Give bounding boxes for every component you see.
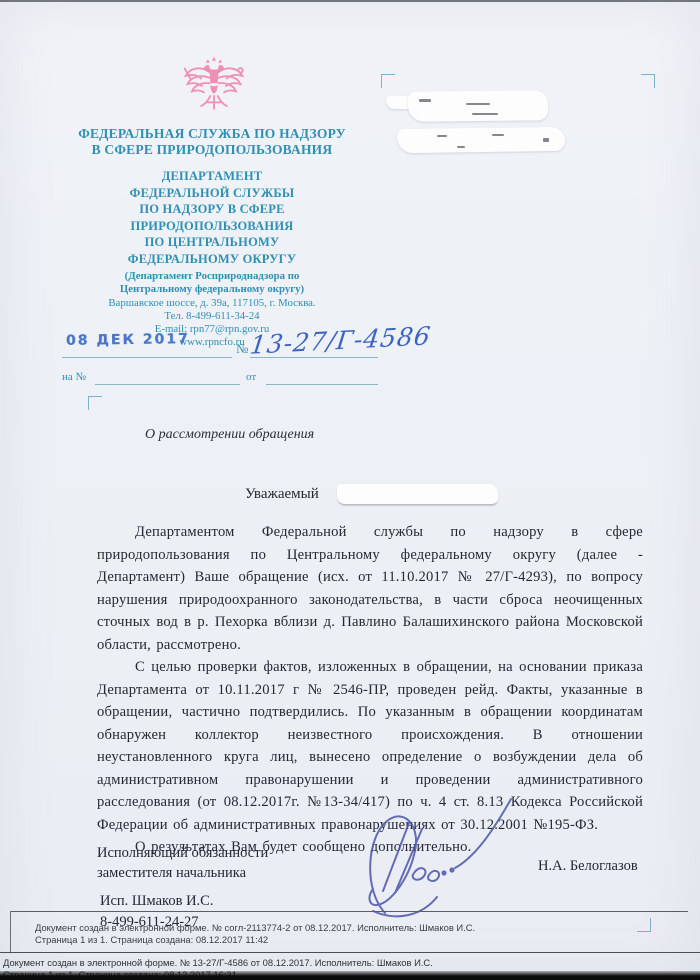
department-name-line: ФЕДЕРАЛЬНОМУ ОКРУГУ: [62, 251, 362, 268]
number-sign-label: №: [236, 341, 248, 357]
signer-position-line: заместителя начальника: [97, 863, 268, 883]
department-alt-line: Центральному федеральному округу): [62, 283, 362, 296]
scan-top-edge: [0, 0, 700, 2]
redaction-residue: [472, 113, 498, 115]
phone-number: Тел. 8-499-611-34-24: [62, 310, 362, 323]
footer-outer-line1: Документ создан в электронной форме. № 1…: [3, 957, 433, 968]
subject-line: О рассмотрении обращения: [145, 427, 314, 443]
signer-position-line: Исполняющий обязанности: [97, 843, 268, 863]
corner-mark-top-right: [641, 74, 655, 88]
footer-inner-line2: Страница 1 из 1. Страница создана: 08.12…: [35, 934, 268, 945]
handwritten-signature: [325, 793, 520, 925]
incoming-date-underline: [266, 383, 378, 385]
salutation: Уважаемый: [245, 486, 319, 503]
department-alt-name: (Департамент Росприроднадзора по Централ…: [62, 270, 362, 296]
corner-mark-top-left: [381, 74, 395, 88]
redaction-residue: [457, 146, 465, 148]
redaction-residue: [419, 99, 431, 102]
agency-name: ФЕДЕРАЛЬНАЯ СЛУЖБА ПО НАДЗОРУ В СФЕРЕ ПР…: [62, 126, 362, 157]
scan-black-bar: [0, 971, 700, 980]
department-name-line: ПО НАДЗОРУ В СФЕРЕ: [62, 201, 362, 218]
department-alt-line: (Департамент Росприроднадзора по: [62, 270, 362, 283]
redacted-addressee-name: [337, 484, 498, 505]
department-name-line: ФЕДЕРАЛЬНОЙ СЛУЖБЫ: [62, 185, 362, 202]
corner-mark-bottom-right: [637, 918, 651, 932]
footer-top-rule: [10, 911, 688, 912]
footer-inner-line1: Документ создан в электронной форме. № с…: [35, 922, 475, 933]
scanned-letter: ФЕДЕРАЛЬНАЯ СЛУЖБА ПО НАДЗОРУ В СФЕРЕ ПР…: [0, 0, 700, 980]
footer-left-rule: [10, 911, 11, 952]
date-underline: [62, 356, 232, 358]
department-name-line: ДЕПАРТАМЕНТ: [62, 168, 362, 185]
department-name-line: ПО ЦЕНТРАЛЬНОМУ: [62, 234, 362, 251]
department-name-line: ПРИРОДОПОЛЬЗОВАНИЯ: [62, 218, 362, 235]
incoming-date-label: от: [246, 371, 256, 383]
redaction-residue: [466, 103, 490, 105]
body-paragraph: Департаментом Федеральной службы по надз…: [97, 521, 643, 656]
agency-name-line: ФЕДЕРАЛЬНАЯ СЛУЖБА ПО НАДЗОРУ: [62, 126, 362, 142]
department-name: ДЕПАРТАМЕНТ ФЕДЕРАЛЬНОЙ СЛУЖБЫ ПО НАДЗОР…: [62, 168, 362, 267]
executor-name: Исп. Шмаков И.С.: [100, 893, 213, 910]
agency-name-line: В СФЕРЕ ПРИРОДОПОЛЬЗОВАНИЯ: [62, 142, 362, 158]
incoming-number-underline: [95, 383, 240, 385]
signer-position: Исполняющий обязанности заместителя нача…: [97, 843, 268, 883]
redaction-residue: [492, 134, 504, 136]
redaction-patch: [397, 127, 565, 153]
coat-of-arms-eagle-icon: [182, 54, 246, 116]
footer-bottom-rule: [0, 952, 700, 953]
signer-name: Н.А. Белоглазов: [538, 858, 638, 875]
redaction-residue: [437, 135, 447, 137]
redaction-patch: [408, 90, 548, 121]
corner-mark-mid-left: [88, 396, 102, 410]
postal-address: Варшавское шоссе, д. 39а, 117105, г. Мос…: [62, 297, 362, 310]
date-stamp: 08 ДЕК 2017: [66, 331, 190, 349]
incoming-number-label: на №: [62, 371, 86, 383]
redaction-residue: [543, 138, 549, 142]
